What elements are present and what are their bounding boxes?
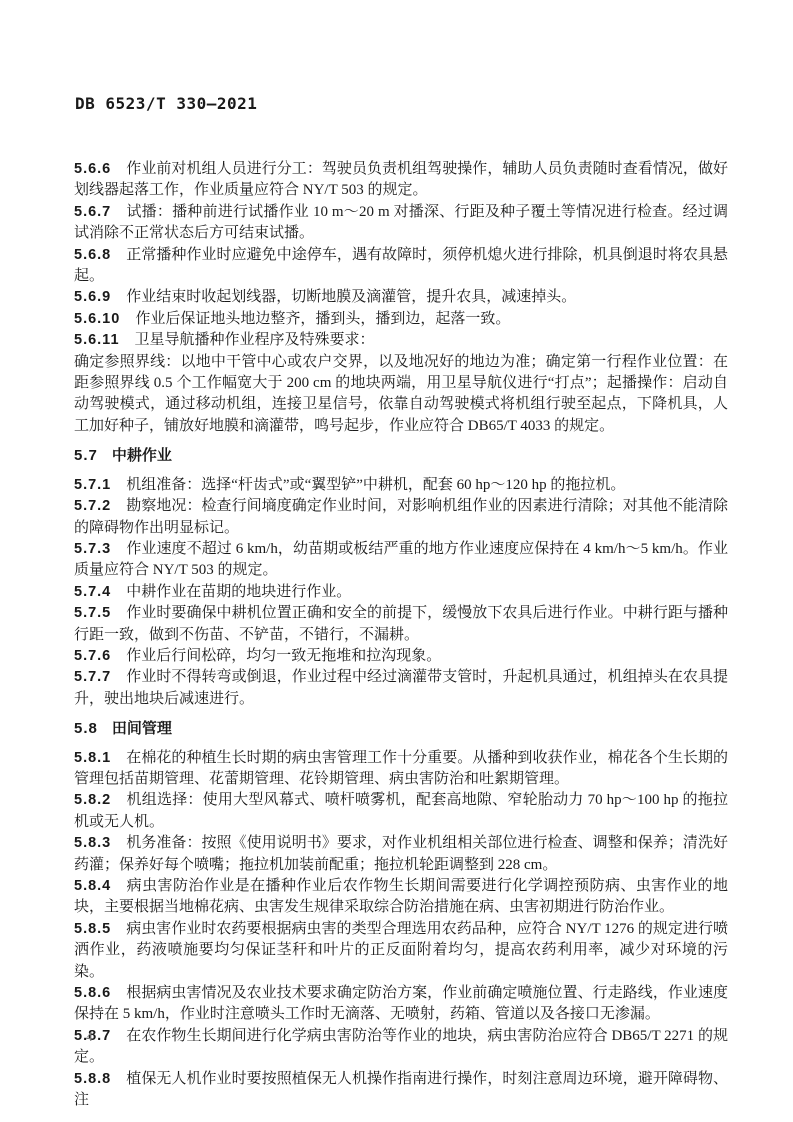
document-body: 5.6.6作业前对机组人员进行分工：驾驶员负责机组驾驶操作，辅助人员负责随时查看… bbox=[74, 159, 728, 1111]
satellite-navigation-procedure-paragraph: 确定参照界线：以地中干管中心或农户交界，以及地况好的地边为准；确定第一行程作业位… bbox=[74, 352, 728, 438]
clause-number: 5.6.6 bbox=[74, 161, 111, 177]
document-code-header: DB 6523/T 330—2021 bbox=[75, 94, 257, 113]
clause-text: 作业时要确保中耕机位置正确和安全的前提下，缓慢放下农具后进行作业。中耕行距与播种… bbox=[74, 605, 728, 642]
clause-number: 5.8.2 bbox=[74, 792, 111, 808]
clause-number: 5.7.7 bbox=[74, 669, 111, 685]
clause-5-7-7: 5.7.7作业时不得转弯或倒退，作业过程中经过滴灌带支管时，升起机具通过，机组掉… bbox=[74, 667, 728, 710]
clause-number: 5.7.3 bbox=[74, 541, 111, 557]
clause-text: 病虫害作业时农药要根据病虫害的类型合理选用农药品种，应符合 NY/T 1276 … bbox=[74, 921, 728, 980]
clause-5-6-8: 5.6.8正常播种作业时应避免中途停车，遇有故障时，须停机熄火进行排除，机具倒退… bbox=[74, 245, 728, 288]
clause-text: 在农作物生长期间进行化学病虫害防治等作业的地块，病虫害防治应符合 DB65/T … bbox=[74, 1028, 728, 1065]
clause-text: 机组准备：选择“杆齿式”或“翼型铲”中耕机，配套 60 hp～120 hp 的拖… bbox=[126, 477, 625, 493]
clause-number: 5.7.4 bbox=[74, 584, 111, 600]
clause-number: 5.6.11 bbox=[74, 332, 120, 348]
heading-title: 中耕作业 bbox=[112, 447, 172, 464]
clause-number: 5.8.6 bbox=[74, 985, 111, 1001]
clause-5-6-11: 5.6.11卫星导航播种作业程序及特殊要求： bbox=[74, 330, 728, 351]
clause-text: 作业前对机组人员进行分工：驾驶员负责机组驾驶操作，辅助人员负责随时查看情况，做好… bbox=[74, 161, 728, 198]
clause-5-7-5: 5.7.5作业时要确保中耕机位置正确和安全的前提下，缓慢放下农具后进行作业。中耕… bbox=[74, 603, 728, 646]
clause-text: 在棉花的种植生长时期的病虫害管理工作十分重要。从播种到收获作业，棉花各个生长期的… bbox=[74, 750, 728, 787]
clause-number: 5.7.5 bbox=[74, 605, 111, 621]
clause-text: 试播：播种前进行试播作业 10 m～20 m 对播深、行距及种子覆土等情况进行检… bbox=[74, 204, 728, 241]
clause-5-6-9: 5.6.9作业结束时收起划线器，切断地膜及滴灌管，提升农具，减速掉头。 bbox=[74, 287, 728, 308]
clause-text: 卫星导航播种作业程序及特殊要求： bbox=[135, 332, 375, 348]
clause-number: 5.8.1 bbox=[74, 750, 111, 766]
clause-5-7-4: 5.7.4中耕作业在苗期的地块进行作业。 bbox=[74, 582, 728, 603]
clause-5-8-3: 5.8.3机务准备：按照《使用说明书》要求，对作业机组相关部位进行检查、调整和保… bbox=[74, 833, 728, 876]
clause-text: 勘察地况：检查行间墒度确定作业时间，对影响机组作业的因素进行清除；对其他不能清除… bbox=[74, 498, 728, 535]
clause-number: 5.7.2 bbox=[74, 498, 111, 514]
clause-5-8-1: 5.8.1在棉花的种植生长时期的病虫害管理工作十分重要。从播种到收获作业，棉花各… bbox=[74, 748, 728, 791]
clause-5-7-2: 5.7.2勘察地况：检查行间墒度确定作业时间，对影响机组作业的因素进行清除；对其… bbox=[74, 496, 728, 539]
clause-text: 作业后保证地头地边整齐，播到头，播到边，起落一致。 bbox=[135, 311, 510, 327]
clause-5-8-5: 5.8.5病虫害作业时农药要根据病虫害的类型合理选用农药品种，应符合 NY/T … bbox=[74, 919, 728, 983]
clause-text: 根据病虫害情况及农业技术要求确定防治方案，作业前确定喷施位置、行走路线，作业速度… bbox=[74, 985, 728, 1022]
clause-text: 植保无人机作业时要按照植保无人机操作指南进行操作，时刻注意周边环境，避开障碍物、… bbox=[74, 1071, 728, 1108]
clause-number: 5.7.6 bbox=[74, 648, 111, 664]
clause-5-7-6: 5.7.6作业后行间松碎，均匀一致无拖堆和拉沟现象。 bbox=[74, 646, 728, 667]
clause-text: 作业速度不超过 6 km/h，幼苗期或板结严重的地方作业速度应保持在 4 km/… bbox=[74, 541, 728, 578]
clause-number: 5.8.3 bbox=[74, 835, 111, 851]
clause-text: 机务准备：按照《使用说明书》要求，对作业机组相关部位进行检查、调整和保养；清洗好… bbox=[74, 835, 728, 872]
clause-text: 作业后行间松碎，均匀一致无拖堆和拉沟现象。 bbox=[126, 648, 441, 664]
document-page: DB 6523/T 330—2021 5.6.6作业前对机组人员进行分工：驾驶员… bbox=[0, 0, 793, 1122]
clause-5-8-7: 5.8.7在农作物生长期间进行化学病虫害防治等作业的地块，病虫害防治应符合 DB… bbox=[74, 1026, 728, 1069]
clause-number: 5.8.4 bbox=[74, 878, 111, 894]
page-number: 4 bbox=[86, 1029, 93, 1045]
clause-5-8-6: 5.8.6根据病虫害情况及农业技术要求确定防治方案，作业前确定喷施位置、行走路线… bbox=[74, 983, 728, 1026]
clause-text: 病虫害防治作业是在播种作业后农作物生长期间需要进行化学调控预防病、虫害作业的地块… bbox=[74, 878, 728, 915]
clause-5-8-4: 5.8.4病虫害防治作业是在播种作业后农作物生长期间需要进行化学调控预防病、虫害… bbox=[74, 876, 728, 919]
clause-text: 作业结束时收起划线器，切断地膜及滴灌管，提升农具，减速掉头。 bbox=[126, 289, 576, 305]
clause-5-6-6: 5.6.6作业前对机组人员进行分工：驾驶员负责机组驾驶操作，辅助人员负责随时查看… bbox=[74, 159, 728, 202]
clause-number: 5.6.9 bbox=[74, 289, 111, 305]
clause-number: 5.8.5 bbox=[74, 921, 111, 937]
clause-5-8-8: 5.8.8植保无人机作业时要按照植保无人机操作指南进行操作，时刻注意周边环境，避… bbox=[74, 1069, 728, 1112]
heading-number: 5.7 bbox=[74, 447, 98, 464]
clause-5-7-1: 5.7.1机组准备：选择“杆齿式”或“翼型铲”中耕机，配套 60 hp～120 … bbox=[74, 475, 728, 496]
section-heading-5-7: 5.7中耕作业 bbox=[74, 445, 728, 466]
heading-title: 田间管理 bbox=[112, 720, 172, 737]
clause-number: 5.6.10 bbox=[74, 311, 120, 327]
clause-text: 正常播种作业时应避免中途停车，遇有故障时，须停机熄火进行排除，机具倒退时将农具悬… bbox=[74, 247, 728, 284]
section-heading-5-8: 5.8田间管理 bbox=[74, 718, 728, 739]
clause-5-6-7: 5.6.7试播：播种前进行试播作业 10 m～20 m 对播深、行距及种子覆土等… bbox=[74, 202, 728, 245]
clause-5-7-3: 5.7.3作业速度不超过 6 km/h，幼苗期或板结严重的地方作业速度应保持在 … bbox=[74, 539, 728, 582]
clause-number: 5.6.8 bbox=[74, 247, 111, 263]
clause-number: 5.7.1 bbox=[74, 477, 111, 493]
clause-5-6-10: 5.6.10作业后保证地头地边整齐，播到头，播到边，起落一致。 bbox=[74, 309, 728, 330]
clause-text: 中耕作业在苗期的地块进行作业。 bbox=[126, 584, 351, 600]
clause-text: 机组选择：使用大型风幕式、喷杆喷雾机，配套高地隙、窄轮胎动力 70 hp～100… bbox=[74, 792, 728, 829]
clause-text: 作业时不得转弯或倒退，作业过程中经过滴灌带支管时，升起机具通过，机组掉头在农具提… bbox=[74, 669, 728, 706]
clause-number: 5.8.8 bbox=[74, 1071, 111, 1087]
clause-number: 5.6.7 bbox=[74, 204, 111, 220]
clause-5-8-2: 5.8.2机组选择：使用大型风幕式、喷杆喷雾机，配套高地隙、窄轮胎动力 70 h… bbox=[74, 790, 728, 833]
heading-number: 5.8 bbox=[74, 720, 98, 737]
